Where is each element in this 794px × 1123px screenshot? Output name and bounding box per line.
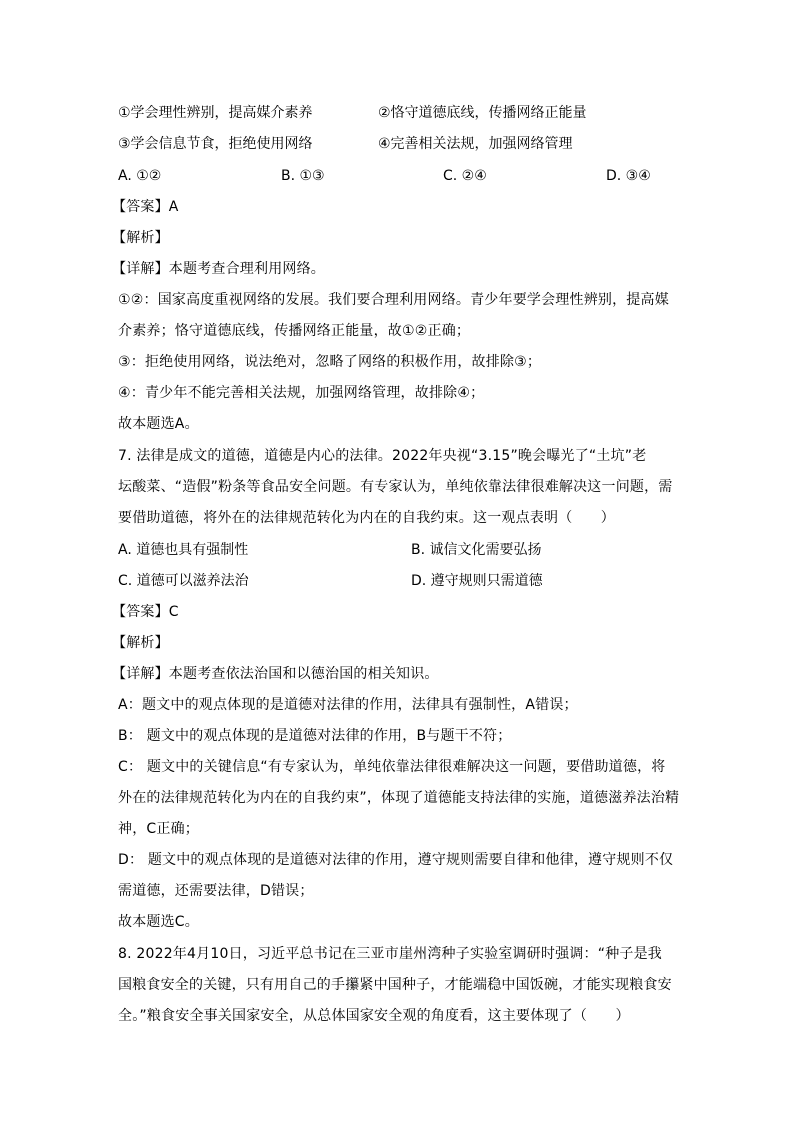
q7-stem-line: 要借助道德，将外在的法律规范转化为内在的自我约束。这一观点表明（ ） [118,509,615,527]
q7-option-c: C. 道德可以滋养法治 [118,572,249,590]
statement-2: ②恪守道德底线，传播网络正能量 [378,104,587,122]
statement-3: ③学会信息节食，拒绝使用网络 [118,135,313,153]
q7-analysis-heading: 【解析】 [112,634,169,652]
q7-option-d: D. 遵守规则只需道德 [411,572,543,590]
q7-option-b: B. 诚信文化需要弘扬 [411,541,542,559]
q7-option-a: A. 道德也具有强制性 [118,541,248,559]
q7-conclusion: 故本题选C。 [118,913,199,931]
q8-stem-line: 8. 2022年4月10日，习近平总书记在三亚市崖州湾种子实验室调研时强调：“种… [118,945,662,963]
q6-analysis-heading: 【解析】 [112,229,169,247]
q6-option-c: C. ②④ [443,167,487,185]
q6-answer: 【答案】A [112,198,179,216]
statement-4: ④完善相关法规，加强网络管理 [378,135,573,153]
q6-detail-line: 介素养；恪守道德底线，传播网络正能量，故①②正确； [118,322,470,340]
q6-option-a: A. ①② [118,167,161,185]
q6-detail-line: ③：拒绝使用网络，说法绝对，忽略了网络的积极作用，故排除③； [118,353,541,371]
q8-stem-line: 国粮食安全的关键，只有用自己的手攥紧中国种子，才能端稳中国饭碗，才能实现粮食安 [118,976,672,994]
q7-detail-line: B： 题文中的观点体现的是道德对法律的作用，B与题干不符； [118,727,511,745]
q6-conclusion: 故本题选A。 [118,415,199,433]
q7-detail-line: 【详解】本题考查依法治国和以德治国的相关知识。 [112,665,439,683]
statement-1: ①学会理性辨别，提高媒介素养 [118,104,313,122]
document-page: ①学会理性辨别，提高媒介素养 ②恪守道德底线，传播网络正能量 ③学会信息节食，拒… [0,0,794,1123]
q7-detail-line: 神，C正确； [118,820,199,838]
q7-stem-line: 坛酸菜、“造假”粉条等食品安全问题。有专家认为，单纯依靠法律很难解决这一问题，需 [118,478,673,496]
q7-answer: 【答案】C [112,603,179,621]
q7-detail-line: 外在的法律规范转化为内在的自我约束”，体现了道德能支持法律的实施，道德滋养法治精 [118,789,679,807]
q6-detail-line: ④：青少年不能完善相关法规，加强网络管理，故排除④； [118,384,484,402]
q6-option-b: B. ①③ [281,167,325,185]
q6-detail-line: ①②：国家高度重视网络的发展。我们要合理利用网络。青少年要学会理性辨别，提高媒 [118,291,669,309]
q8-stem-line: 全。”粮食安全事关国家安全，从总体国家安全观的角度看，这主要体现了（ ） [118,1007,630,1025]
q6-detail-line: 【详解】本题考查合理利用网络。 [112,260,325,278]
q7-detail-line: D： 题文中的观点体现的是道德对法律的作用，遵守规则需要自律和他律，遵守规则不仅 [118,851,673,869]
q7-stem-line: 7. 法律是成文的道德，道德是内心的法律。2022年央视“3.15”晚会曝光了“… [118,447,646,465]
q6-option-d: D. ③④ [606,167,651,185]
q7-detail-line: 需道德，还需要法律，D错误； [118,882,314,900]
q7-detail-line: A：题文中的观点体现的是道德对法律的作用，法律具有强制性，A错误； [118,696,578,714]
q7-detail-line: C： 题文中的关键信息“有专家认为，单纯依靠法律很难解决这一问题，要借助道德，将 [118,758,665,776]
